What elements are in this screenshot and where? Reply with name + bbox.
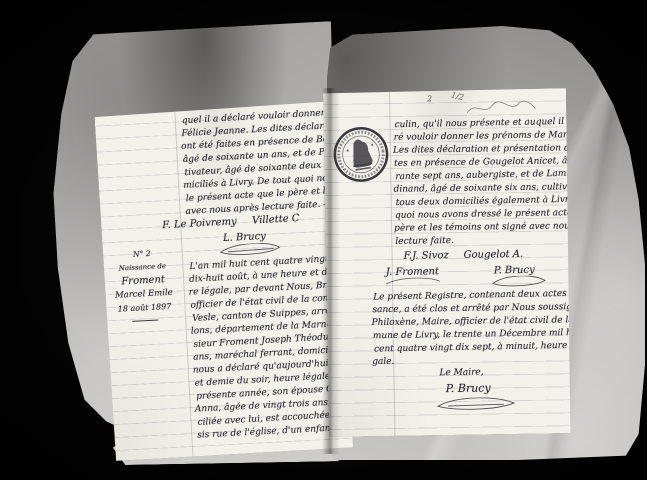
manuscript-line: père et les témoins ont signé avec nous … — [394, 220, 565, 235]
signature-act1-witness2: Villette C — [252, 213, 300, 226]
signature-act2-officer: P. Brucy — [494, 265, 535, 277]
scanned-register-spread: quel il a déclaré vouloir donner les pré… — [0, 0, 647, 480]
folio-number-pencil: 2 — [427, 94, 432, 103]
margin-note-act2: N° 2 Naissance de Froment Marcel Emile 1… — [103, 245, 183, 322]
manuscript-line: gale. — [372, 354, 563, 369]
written-page-left: quel il a déclaré vouloir donner les pré… — [94, 101, 353, 461]
act-date: 18 août 1897 — [106, 299, 183, 316]
manuscript-line: Philoxène, Maire, officier de l'état civ… — [372, 315, 563, 330]
manuscript-line: Les dites déclaration et présentation on… — [393, 142, 564, 157]
written-page-right: 2 1/2 culin, qu'il nous présente et auqu… — [323, 88, 571, 437]
register-closing-text: Le présent Registre, contenant deux acte… — [372, 288, 564, 369]
signature-act1-witness1: F. Le Poivremy — [162, 216, 237, 231]
signature-flourish — [434, 397, 518, 412]
act2-continued-text: culin, qu'il nous présente et auquel il … — [393, 116, 566, 249]
folio-fraction-pencil: 1/2 — [450, 91, 465, 103]
paraph-scribble — [465, 98, 537, 119]
signature-flourish — [384, 277, 442, 288]
signature-flourish — [217, 242, 284, 257]
margin-underline — [132, 319, 158, 321]
closing-signature: P. Brucy — [446, 381, 491, 395]
official-seal-stamp — [332, 125, 391, 184]
act1-end-text: quel il a déclaré vouloir donner les pré… — [181, 107, 339, 219]
signature-act1-officer: L. Brucy — [223, 231, 266, 244]
signature-act2-witness1: F.J. Sivoz — [404, 250, 449, 262]
signature-flourish — [490, 275, 548, 288]
closing-role-label: Le Maire, — [439, 368, 483, 379]
signature-act2-witness2: Gougelot A. — [463, 249, 523, 261]
signature-act2-father: J. Froment — [386, 266, 439, 278]
manuscript-line: lecture faite. — [395, 233, 566, 249]
